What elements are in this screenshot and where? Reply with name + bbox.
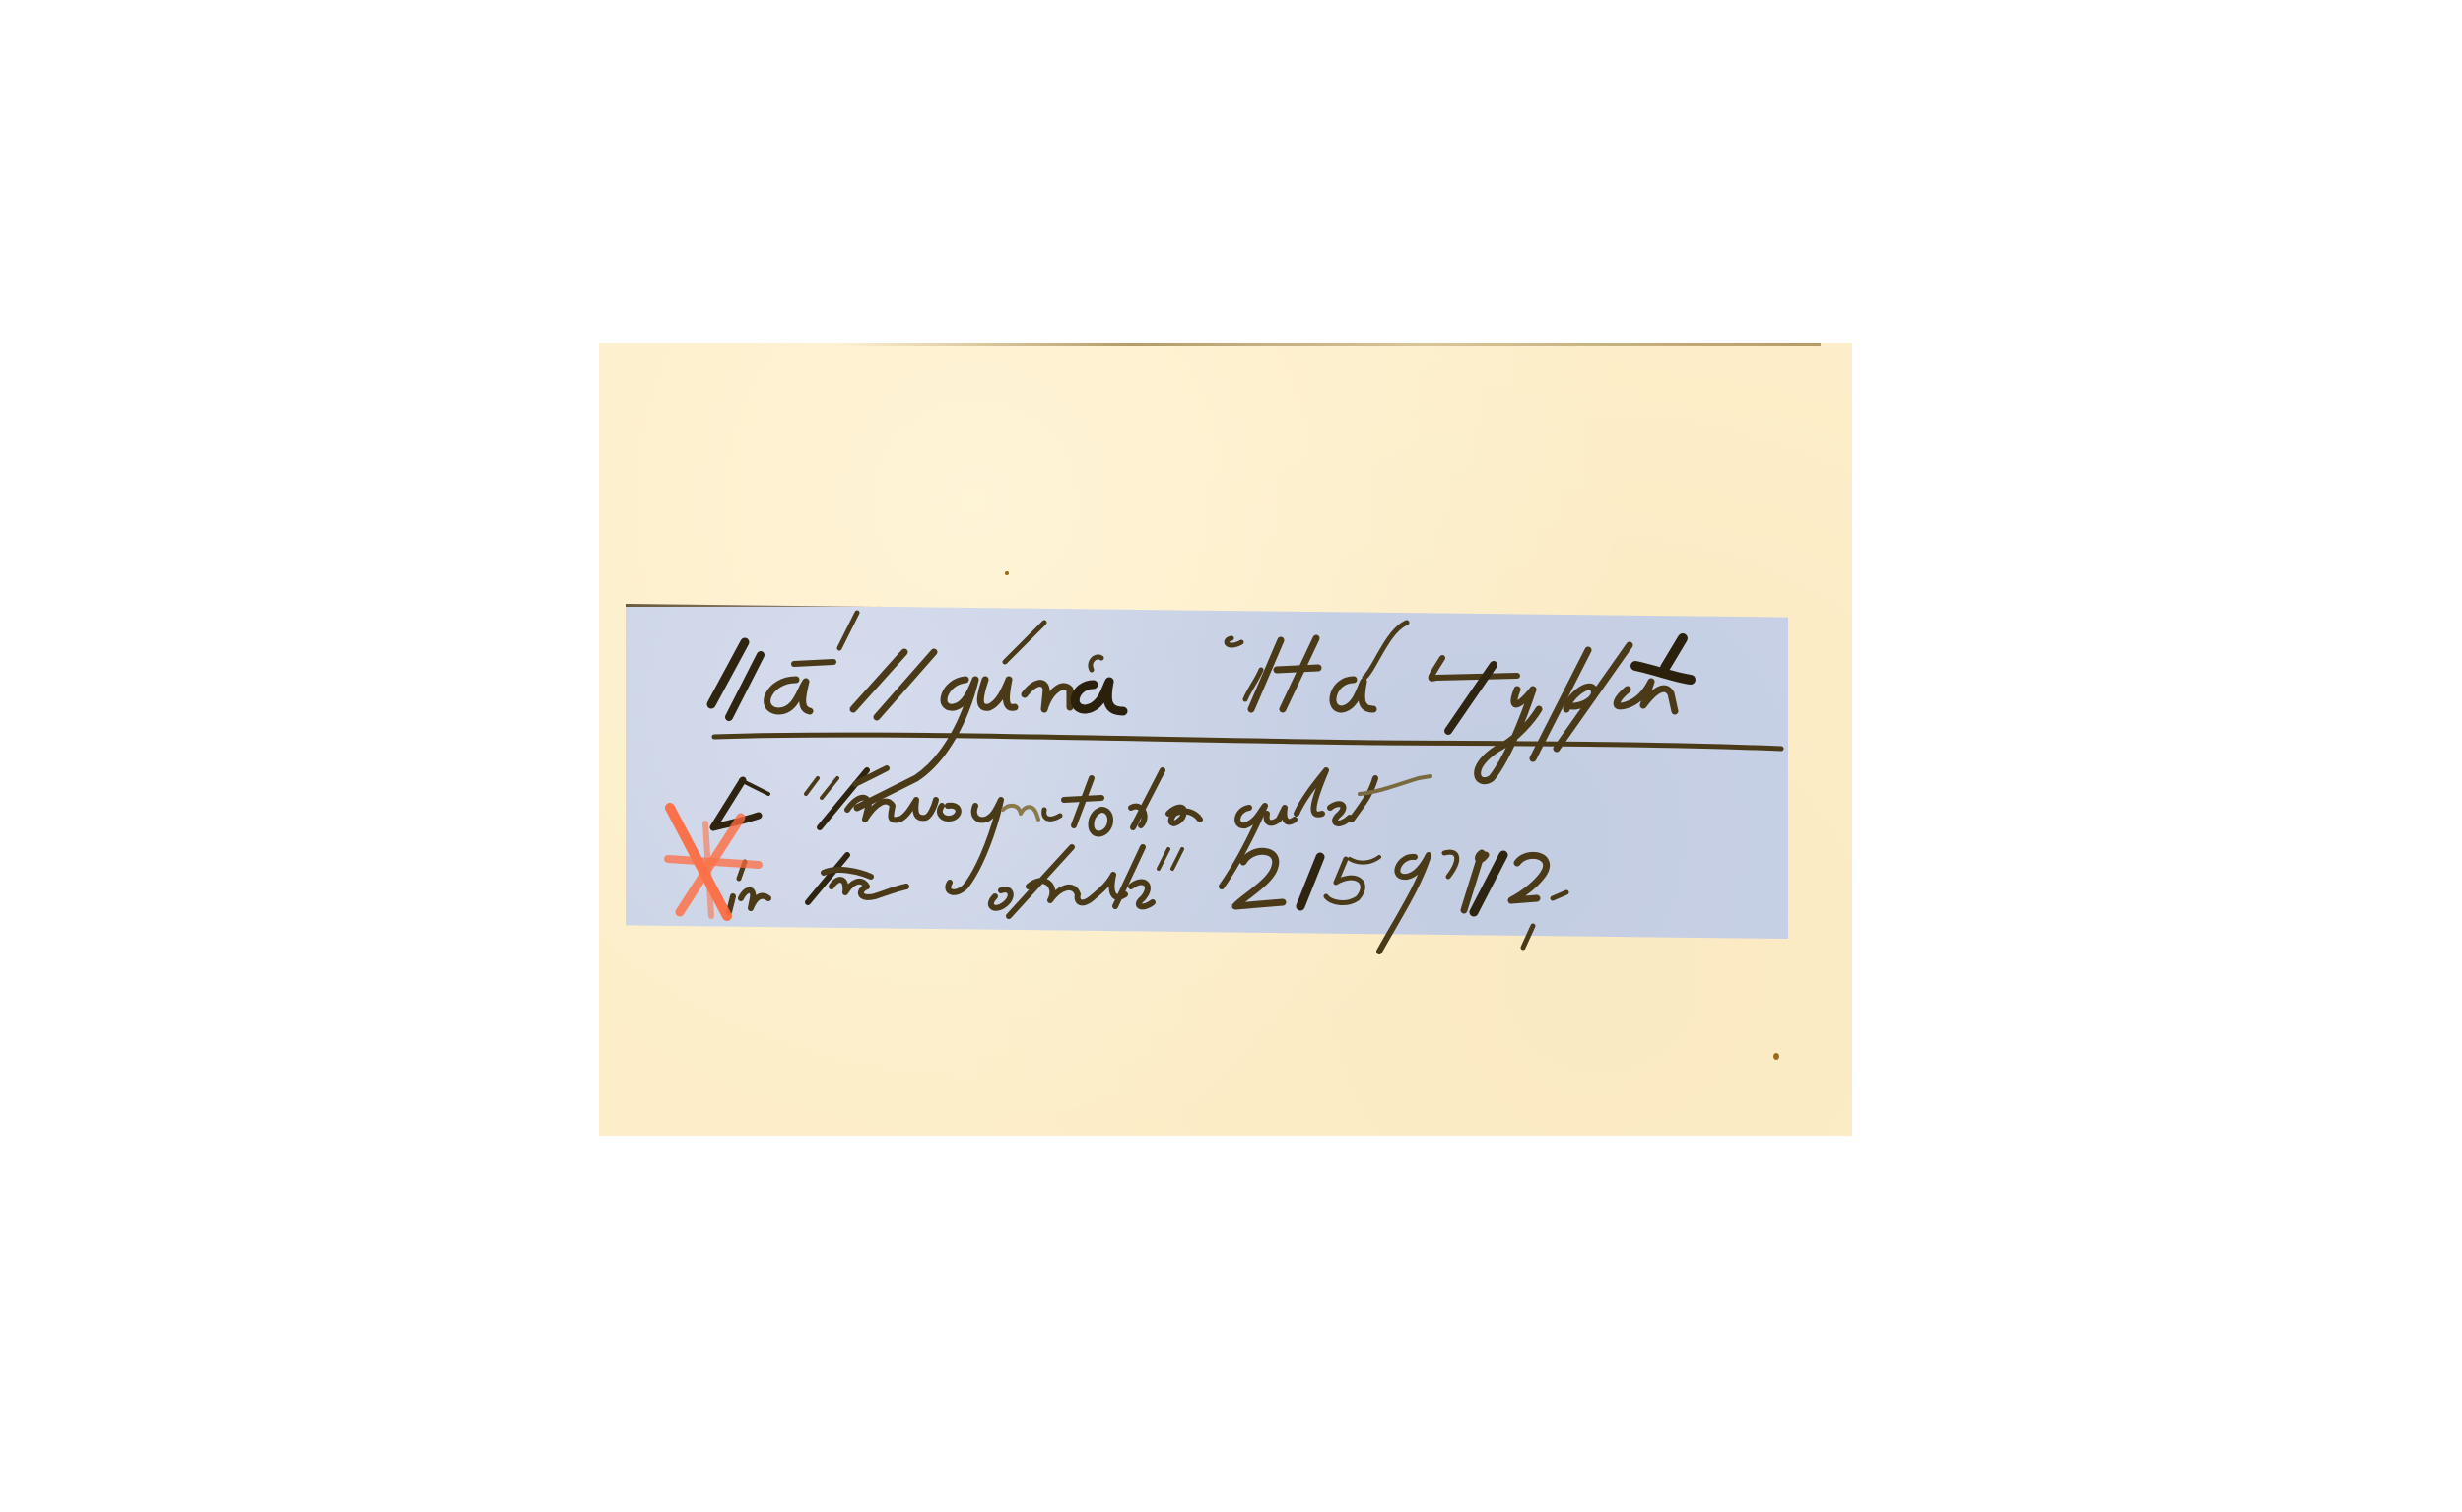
heading-underline xyxy=(714,735,1781,749)
handwriting xyxy=(0,0,2462,1512)
date-strokes xyxy=(1235,851,1566,952)
line-3-strokes xyxy=(729,847,1182,916)
